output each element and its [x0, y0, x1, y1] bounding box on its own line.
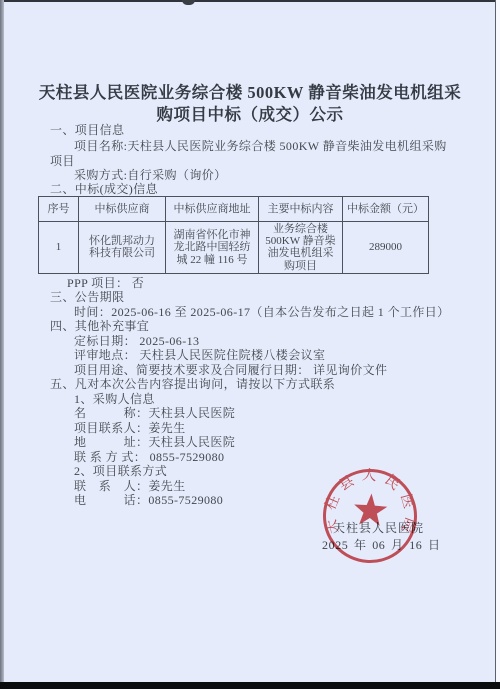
scan-left-edge — [0, 0, 4, 689]
col-header-amount: 中标金额（元） — [343, 197, 429, 222]
buyer-contact-line: 项目联系人：姜先生 — [74, 422, 186, 435]
scan-notch-artifact — [182, 0, 195, 5]
scan-bottom-edge — [0, 682, 500, 689]
buyer-phone-line: 联 系 方 式： 0855-7529080 — [74, 451, 224, 464]
section-4-heading: 四、其他补充事宜 — [50, 320, 149, 333]
award-date-line: 定标日期： 2025-06-13 — [74, 335, 199, 348]
table-row: 1 怀化凯邦动力科技有限公司 湖南省怀化市神龙北路中国轻纺城 22 幢 116 … — [39, 222, 429, 274]
announcement-period: 时间：2025-06-16 至 2025-06-17（自本公告发布之日起 1 个… — [74, 306, 450, 319]
section-1-heading: 一、项目信息 — [50, 124, 124, 137]
col-header-supplier: 中标供应商 — [79, 197, 166, 222]
section-3-heading: 三、公告期限 — [50, 291, 124, 304]
buyer-name-line: 名 称：天柱县人民医院 — [74, 407, 235, 420]
ppp-project-line: PPP 项目： 否 — [67, 277, 144, 290]
project-name-line1: 项目名称:天柱县人民医院业务综合楼 500KW 静音柴油发电机组采购 — [74, 140, 447, 153]
buyer-address-line: 地 址：天柱县人民医院 — [74, 436, 235, 449]
page-title-line2: 购项目中标（成交）公示 — [157, 105, 344, 124]
col-header-address: 中标供应商地址 — [166, 197, 259, 222]
cell-address: 湖南省怀化市神龙北路中国轻纺城 22 幢 116 号 — [166, 222, 259, 274]
award-result-table: 序号 中标供应商 中标供应商地址 主要中标内容 中标金额（元） 1 怀化凯邦动力… — [38, 196, 429, 274]
page-title: 天柱县人民医院业务综合楼 500KW 静音柴油发电机组采 购项目中标（成交）公示 — [10, 82, 490, 125]
cell-seq: 1 — [39, 222, 79, 274]
table-header-row: 序号 中标供应商 中标供应商地址 主要中标内容 中标金额（元） — [39, 197, 429, 222]
col-header-seq: 序号 — [39, 197, 79, 222]
project-usage-line: 项目用途、简要技术要求及合同履行日期： 详见询价文件 — [74, 364, 387, 377]
star-icon — [353, 492, 388, 526]
section-2-heading: 二、中标(成交)信息 — [50, 183, 158, 196]
announcement-page: 天柱县人民医院业务综合楼 500KW 静音柴油发电机组采 购项目中标（成交）公示… — [0, 0, 500, 689]
page-title-line1: 天柱县人民医院业务综合楼 500KW 静音柴油发电机组采 — [39, 83, 462, 102]
project-phone-line: 电 话：0855-7529080 — [74, 494, 223, 507]
project-contact-heading: 2、项目联系方式 — [74, 465, 167, 478]
cell-amount: 289000 — [343, 222, 429, 274]
cell-supplier: 怀化凯邦动力科技有限公司 — [79, 222, 166, 274]
scan-top-edge — [0, 0, 500, 2]
section-5-heading: 五、凡对本次公告内容提出询问，请按以下方式联系 — [50, 378, 335, 391]
official-seal: 天柱县人民医院 — [310, 456, 430, 576]
cell-content: 业务综合楼 500KW 静音柴油发电机组采购项目 — [259, 222, 343, 274]
project-name-line2: 项目 — [50, 155, 75, 168]
procurement-method: 采购方式:自行采购（询价） — [74, 169, 227, 182]
project-contact-line: 联 系 人：姜先生 — [74, 480, 186, 493]
col-header-content: 主要中标内容 — [259, 197, 343, 222]
scan-right-edge-strip — [496, 0, 500, 689]
buyer-info-heading: 1、采购人信息 — [74, 393, 155, 406]
review-place-line: 评审地点： 天柱县人民医院住院楼八楼会议室 — [74, 349, 325, 362]
